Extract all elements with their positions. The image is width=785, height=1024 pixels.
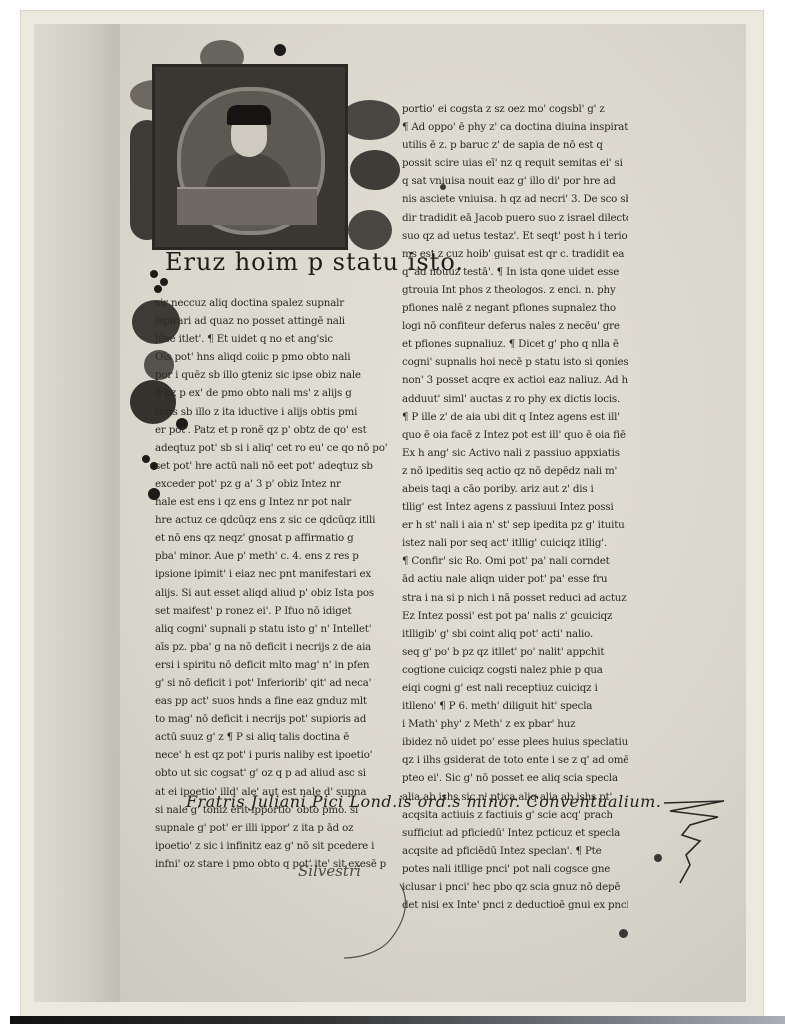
text-line: ¶ P ille z' de aia ubi dit q Intez agens… — [402, 408, 628, 426]
text-line: er h st' nali i aia n' st' sep ipedita p… — [402, 516, 628, 534]
text-line: h pz p ex' de pmo obto nali ms' z alijs … — [155, 384, 387, 402]
text-line: hre actuz ce qdcūqz ens z sic ce qdcūqz … — [155, 511, 387, 529]
text-line: ipsione ipimit' i eiaz nec pnt manifesta… — [155, 565, 387, 583]
text-line: q sat vniuisa nouit eaz g' illo di' por … — [402, 172, 628, 190]
text-line: tllig' est Intez agens z passiuui Intez … — [402, 498, 628, 516]
page-edge-margin — [34, 24, 116, 1002]
signature-flourish-icon — [660, 795, 730, 885]
text-line: cogni' supnalis hoi necē p statu isto si… — [402, 353, 628, 371]
text-line: ¶ Ad oppo' ē phy z' ca doctina diuina in… — [402, 118, 628, 136]
text-line: sufficiut ad pficiedū' Intez pcticuz et … — [402, 824, 628, 842]
text-line: sir neccuz aliq doctina spalez supnalr — [155, 294, 387, 312]
text-line: adeqtuz pot' sb si i aliq' cet ro eu' ce… — [155, 439, 387, 457]
text-line: actū suuz g' z ¶ P si aliq talis doctina… — [155, 728, 387, 746]
text-line: itlligib' g' sbi coint aliq pot' acti' n… — [402, 625, 628, 643]
text-line: cogtione cuiciqz cogsti nalez phie p qua — [402, 661, 628, 679]
text-line: portio' ei cogsta z sz oez mo' cogsbl' g… — [402, 100, 628, 118]
text-line: seq g' po' b pz qz itllet' po' nalit' ap… — [402, 643, 628, 661]
text-column-left: sir neccuz aliq doctina spalez supnalr i… — [155, 294, 387, 873]
text-line: acqsite ad pficiēdū Intez speclan'. ¶ Pt… — [402, 842, 628, 860]
text-line: possit scire uias eī' nz q requit semita… — [402, 154, 628, 172]
text-line: set maifest' p ronez ei'. P Ifuo nō idig… — [155, 602, 387, 620]
text-line: supnale g' pot' er illi ippor' z ita p ā… — [155, 819, 387, 837]
illuminated-initial — [152, 64, 348, 250]
text-line: det nisi ex Inte' pnci z deductioē gnui … — [402, 896, 628, 914]
text-line: ipoetio' z sic i infinitz eaz g' nō sit … — [155, 837, 387, 855]
text-line: obto ut sic cogsat' g' oz q p ad aliud a… — [155, 764, 387, 782]
text-line: itlleno' ¶ P 6. meth' diliguit hit' spec… — [402, 697, 628, 715]
text-line: ersi i spiritu nō deficit mlto mag' n' i… — [155, 656, 387, 674]
text-line: er pot'. Patz et p ronē qz p' obtz de qo… — [155, 421, 387, 439]
text-line: pteo ei'. Sic g' nō posset ee aliq scia … — [402, 769, 628, 787]
photo-bottom-edge — [10, 1016, 785, 1024]
text-line: abeis taqi a cāo poriby. ariz aut z' dis… — [402, 480, 628, 498]
text-line: eiqi cogni g' est nali receptiuz cuiciqz… — [402, 679, 628, 697]
text-line: gtrouia Int phos z theologos. z enci. n.… — [402, 281, 628, 299]
text-line: Ex h ang' sic Activo nali z passiuo appx… — [402, 444, 628, 462]
scholar-cap — [227, 105, 271, 125]
text-line: to mag' nō deficit i necrijs pot' supior… — [155, 710, 387, 728]
text-line: ibidez nō uidet po' esse plees huius spe… — [402, 733, 628, 751]
text-line: non' 3 posset acqre ex actioi eaz naliuz… — [402, 371, 628, 389]
text-line: aīs pz. pba' g na nō deficit i necrijs z… — [155, 638, 387, 656]
text-line: q' ad nouuz testā'. ¶ In ista qone uidet… — [402, 263, 628, 281]
text-line: g' si nō deficit i pot' Inferiorib' qit'… — [155, 674, 387, 692]
text-line: por i quēz sb illo gteniz sic ipse obiz … — [155, 366, 387, 384]
writing-desk — [177, 187, 317, 225]
text-line: ispirari ad quaz no posset attingē nali — [155, 312, 387, 330]
text-line: dir tradidit eā Jacob puero suo z israel… — [402, 209, 628, 227]
autograph-signature: Silvestri — [298, 862, 361, 880]
text-line: aliq cogni' supnali p statu isto g' n' I… — [155, 620, 387, 638]
text-line: ms est z cuz hoib' guisat est qr c. trad… — [402, 245, 628, 263]
text-line: lūse itlet'. ¶ Et uidet q no et ang'sic — [155, 330, 387, 348]
text-line: exceder pot' pz g a' 3 p' obiz Intez nr — [155, 475, 387, 493]
text-line: pfiones nalē z negant pfiones supnalez t… — [402, 299, 628, 317]
text-line: logi nō confiteur deferus nales z necēu'… — [402, 317, 628, 335]
text-line: teris sb illo z ita iductive i alijs obt… — [155, 403, 387, 421]
text-line: alijs. Si aut esset aliqd aliud p' obiz … — [155, 584, 387, 602]
text-line: suo qz ad uetus testaz'. Et seqt' post h… — [402, 227, 628, 245]
text-line: iclusar i pnci' hec pbo qz scia gnuz nō … — [402, 878, 628, 896]
text-line: et pfiones supnaliuz. ¶ Dicet g' pho q n… — [402, 335, 628, 353]
text-line: Ez Intez possi' est pot pa' nalis z' gcu… — [402, 607, 628, 625]
text-line: potes nali itllige pnci' pot nali cogsce… — [402, 860, 628, 878]
text-line: nece' h est qz pot' i puris naliby est i… — [155, 746, 387, 764]
text-line: adduut' siml' auctas z ro phy ex dictis … — [402, 390, 628, 408]
autograph-flourish-icon — [340, 880, 430, 960]
text-line: eas pp act' suos hnds a fine eaz gnduz m… — [155, 692, 387, 710]
text-line: ād actiu nale aliqn uider pot' pa' esse … — [402, 570, 628, 588]
text-line: pba' minor. Aue p' meth' c. 4. ens z res… — [155, 547, 387, 565]
text-line: z nō ipeditis seq actio qz nō depēdz nal… — [402, 462, 628, 480]
text-line: quo ē oia facē z Intez pot est ill' quo … — [402, 426, 628, 444]
text-line: qz i ilhs gsiderat de toto ente i se z q… — [402, 751, 628, 769]
text-line: Oīs pot' hns aliqd coiic p pmo obto nali — [155, 348, 387, 366]
text-line: utilis ē z. p baruc z' de sapia de nō es… — [402, 136, 628, 154]
ownership-inscription: Fratris Juliani Pici Lond.is ord.s minor… — [186, 792, 661, 811]
page-gutter — [116, 24, 120, 1002]
text-line: istez nali por seq act' itllig' cuiciqz … — [402, 534, 628, 552]
text-line: ¶ Confir' sic Ro. Omi pot' pa' nali corn… — [402, 552, 628, 570]
text-line: nale est ens i qz ens g Intez nr pot nal… — [155, 493, 387, 511]
text-line: i Math' phy' z Meth' z ex pbar' huz — [402, 715, 628, 733]
text-line: et nō ens qz neqz' gnosat p affirmatio g — [155, 529, 387, 547]
ink-spot — [619, 929, 628, 938]
text-line: set pot' hre actū nali nō eet pot' adeqt… — [155, 457, 387, 475]
text-line: stra i na si p nich i nā posset reduci a… — [402, 589, 628, 607]
text-line: nis asciete vniuisa. h qz ad necri' 3. D… — [402, 190, 628, 208]
